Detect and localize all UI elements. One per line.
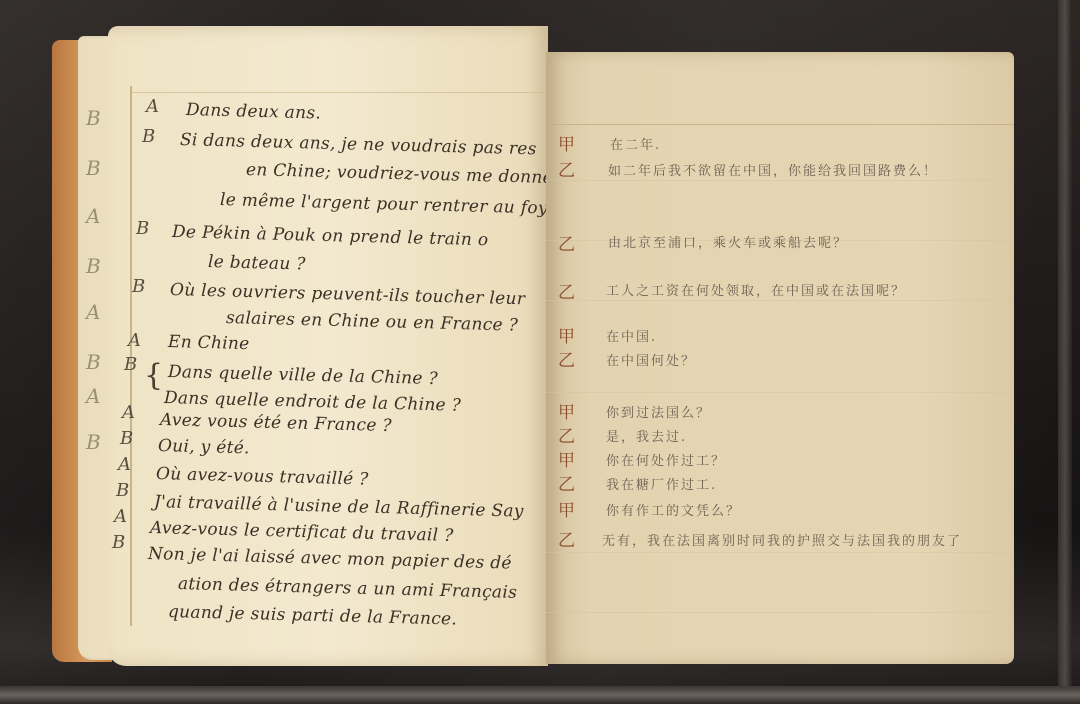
brace-mark: { (144, 358, 163, 393)
speaker-label: A (128, 330, 141, 351)
speaker-label: 乙 (558, 422, 575, 447)
chinese-line: 由北京至浦口，乘火车或乘船去呢？ (608, 232, 848, 251)
under-letter: B (86, 254, 101, 278)
left-page: A Dans deux ans. B Si dans deux ans, je … (108, 26, 548, 666)
speaker-label: 乙 (558, 278, 575, 303)
speaker-label: B (120, 428, 133, 449)
chinese-line: 无有，我在法国离别时同我的护照交与法国我的朋友了 (602, 530, 962, 549)
speaker-label: 甲 (558, 496, 575, 521)
display-case-edge-bottom (0, 686, 1080, 704)
french-line: Dans deux ans. (186, 100, 322, 124)
chinese-line: 工人之工资在何处领取，在中国或在法国呢？ (606, 280, 906, 299)
chinese-line: 在中国. (606, 326, 657, 345)
right-page: 甲 在二年. 乙 如二年后我不欲留在中国，你能给我回国路费么！ 乙 由北京至浦口… (546, 52, 1014, 664)
speaker-label: B (124, 354, 137, 375)
speaker-label: 乙 (558, 526, 575, 551)
french-line: le même l'argent pour rentrer au foy (220, 190, 548, 219)
speaker-label: B (116, 480, 129, 501)
speaker-label: B (132, 276, 145, 297)
ruled-line (546, 392, 1014, 393)
french-line: De Pékin à Pouk on prend le train o (172, 222, 489, 250)
french-line: Avez vous été en France ? (160, 410, 392, 436)
french-line: Où les ouvriers peuvent-ils toucher leur (170, 280, 526, 309)
under-letter: B (86, 430, 101, 454)
under-letter: A (86, 204, 100, 228)
ruled-line (546, 552, 1014, 553)
speaker-label: 乙 (558, 156, 575, 181)
french-line: J'ai travaillé à l'usine de la Raffineri… (154, 492, 524, 522)
chinese-line: 你有作工的文凭么？ (606, 500, 741, 519)
under-letter: A (86, 384, 100, 408)
chinese-line: 我在糖厂作过工. (606, 474, 717, 493)
french-line: quand je suis parti de la France. (168, 602, 458, 630)
speaker-label: 甲 (558, 130, 575, 155)
speaker-label: 乙 (558, 230, 575, 255)
under-letter: B (86, 156, 101, 180)
ruled-line (546, 300, 1014, 301)
speaker-label: 乙 (558, 470, 575, 495)
french-line: Où avez-vous travaillé ? (156, 464, 369, 490)
chinese-line: 你到过法国么？ (606, 402, 711, 421)
speaker-label: 甲 (558, 398, 575, 423)
display-case-edge-right (1058, 0, 1072, 704)
ruled-line (546, 612, 1014, 613)
under-letter: B (86, 106, 101, 130)
chinese-line: 在中国何处？ (606, 350, 696, 369)
french-line: Avez-vous le certificat du travail ? (150, 518, 454, 546)
header-rule (132, 92, 548, 93)
chinese-line: 是，我去过. (606, 426, 687, 445)
speaker-label: A (146, 96, 159, 117)
chinese-line: 在二年. (610, 134, 661, 153)
speaker-label: A (118, 454, 131, 475)
speaker-label: B (112, 532, 125, 553)
under-letter: B (86, 350, 101, 374)
speaker-label: 乙 (558, 346, 575, 371)
chinese-line: 你在何处作过工？ (606, 450, 726, 469)
french-line: en Chine; voudriez-vous me donner to (246, 160, 585, 189)
french-line: Non je l'ai laissé avec mon papier des d… (148, 544, 512, 574)
french-line: Si dans deux ans, je ne voudrais pas res (180, 130, 537, 159)
french-line: Oui, y été. (158, 436, 250, 458)
french-line: salaires en Chine ou en France ? (226, 308, 519, 336)
speaker-label: B (136, 218, 149, 239)
ruled-line (546, 180, 1014, 181)
under-letter: A (86, 300, 100, 324)
french-line: ation des étrangers a un ami Français (178, 574, 518, 603)
speaker-label: 甲 (558, 446, 575, 471)
speaker-label: A (114, 506, 127, 527)
chinese-line: 如二年后我不欲留在中国，你能给我回国路费么！ (608, 160, 938, 179)
french-line: le bateau ? (208, 252, 306, 275)
header-rule (546, 124, 1014, 125)
speaker-label: 甲 (558, 322, 575, 347)
speaker-label: B (142, 126, 155, 147)
french-line: Dans quelle ville de la Chine ? (168, 362, 438, 389)
french-line: En Chine (168, 332, 250, 354)
speaker-label: A (122, 402, 135, 423)
